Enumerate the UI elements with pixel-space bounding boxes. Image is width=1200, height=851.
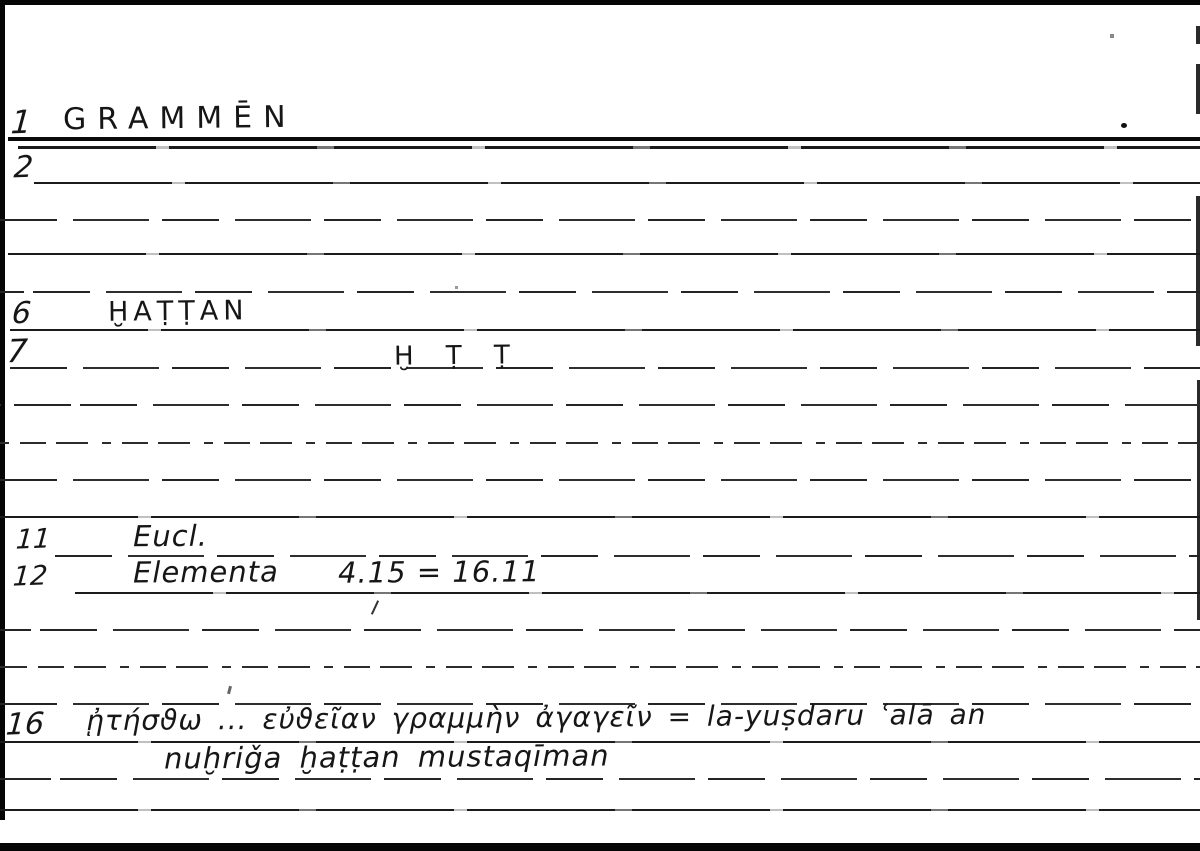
line-number-16: 16 <box>5 706 46 742</box>
card-rule <box>0 809 1200 811</box>
quotation-greek-arabic-line1: ᾐτήσϑω ... εὐϑεῖαν γραμμὴν ἀγαγεῖν = la-… <box>86 698 987 737</box>
card-rule <box>0 442 1200 444</box>
line-number-7: 7 <box>6 332 29 371</box>
card-rule <box>10 329 1200 331</box>
card-rule <box>75 592 1200 594</box>
scan-mark-right-1 <box>1196 26 1200 44</box>
pen-stray-mark <box>371 600 379 614</box>
scan-border-top <box>0 0 1200 5</box>
card-rule <box>0 479 1200 481</box>
scanned-index-card: 1 2 6 7 11 12 16 GRAMMĒN ḪAṬṬAN Ḫ Ṭ Ṭ Eu… <box>0 0 1200 851</box>
scan-border-bottom <box>0 843 1200 851</box>
card-rule <box>0 629 1200 631</box>
source-author: Eucl. <box>133 519 208 554</box>
pen-stray-mark <box>227 686 232 695</box>
quotation-arabic-line2: nuḫriǧa ḫaṭṭan mustaqīman <box>164 738 610 775</box>
arabic-equivalent-text: ḪAṬṬAN <box>108 295 249 327</box>
card-rule <box>0 778 1200 780</box>
scan-border-left <box>0 0 5 820</box>
card-rule <box>0 516 1200 518</box>
toner-speck <box>1121 123 1127 128</box>
source-work-title: Elementa <box>133 554 279 589</box>
card-rule <box>0 291 1200 293</box>
source-reference: 4.15 = 16.11 <box>338 554 541 589</box>
line-number-6: 6 <box>11 296 33 332</box>
card-rule <box>0 404 1200 406</box>
scan-mark-right-2 <box>1196 64 1200 114</box>
line-number-11: 11 <box>15 523 52 555</box>
headword-text: GRAMMĒN <box>63 100 297 137</box>
line-number-2: 2 <box>13 150 35 186</box>
card-rule <box>0 219 1200 221</box>
card-rule <box>34 182 1200 184</box>
toner-speck <box>1110 34 1114 38</box>
headword-rule-second <box>18 146 1200 149</box>
headword-rule-heavy <box>8 137 1200 141</box>
card-rule <box>8 253 1200 255</box>
card-rule <box>0 666 1200 668</box>
toner-speck <box>455 286 458 289</box>
arabic-root-letters: Ḫ Ṭ Ṭ <box>394 340 514 371</box>
card-rule <box>10 367 1200 369</box>
line-number-1: 1 <box>10 103 33 142</box>
line-number-12: 12 <box>12 560 49 592</box>
